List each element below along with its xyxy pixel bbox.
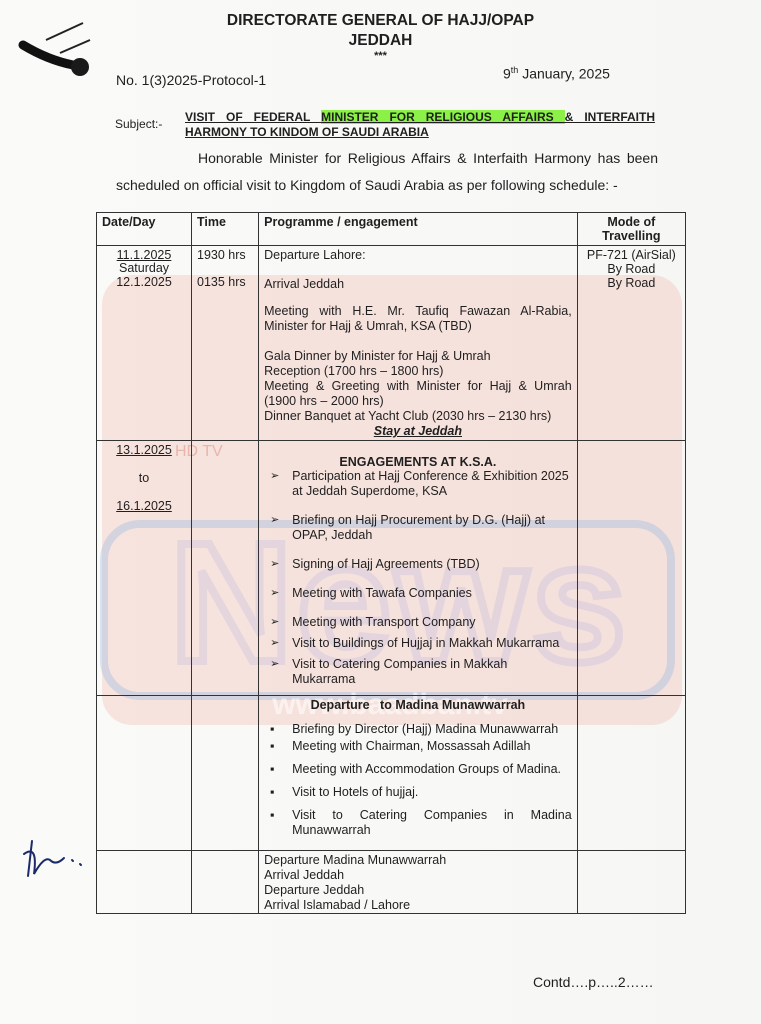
programme-item: Gala Dinner by Minister for Hajj & Umrah xyxy=(264,349,572,364)
row1-date-cell: 11.1.2025 Saturday 12.1.2025 xyxy=(97,246,192,441)
list-item-text: Meeting with Transport Company xyxy=(292,615,475,629)
mode-flight: PF-721 (AirSial) xyxy=(583,248,680,262)
subject-line-2: HARMONY TO KINDOM OF SAUDI ARABIA xyxy=(185,125,429,139)
row1-time-arrival: 0135 hrs xyxy=(197,275,253,289)
list-item: ▪Visit to Catering Companies in Madina M… xyxy=(264,808,572,838)
date-month-year: January, 2025 xyxy=(518,66,610,82)
row1-date-next: 12.1.2025 xyxy=(102,275,186,289)
table-header-row: Date/Day Time Programme / engagement Mod… xyxy=(97,213,686,246)
list-item-text: Visit to Buildings of Hujjaj in Makkah M… xyxy=(292,636,559,650)
return-item: Arrival Jeddah xyxy=(264,868,572,883)
list-item-text: Briefing by Director (Hajj) Madina Munaw… xyxy=(292,722,558,736)
document-page: News www.baadban.tv HD TV DIRECTORATE GE… xyxy=(0,0,761,1024)
organization-title: DIRECTORATE GENERAL OF HAJJ/OPAP xyxy=(0,12,761,30)
row3-date-cell xyxy=(97,696,192,851)
programme-item: Meeting with H.E. Mr. Taufiq Fawazan Al-… xyxy=(264,304,572,334)
row2-date-from: 13.1.2025 xyxy=(102,443,186,457)
list-item: ➢Participation at Hajj Conference & Exhi… xyxy=(264,469,572,499)
organization-city: JEDDAH xyxy=(0,32,761,50)
reference-number: No. 1(3)2025-Protocol-1 xyxy=(116,72,266,88)
programme-item: Reception (1700 hrs – 1800 hrs) xyxy=(264,364,572,379)
programme-item: Dinner Banquet at Yacht Club (2030 hrs –… xyxy=(264,409,572,424)
list-item: ▪Meeting with Accommodation Groups of Ma… xyxy=(264,762,572,777)
arrow-bullet-icon: ➢ xyxy=(270,615,279,630)
subject-label: Subject:- xyxy=(115,117,162,131)
engagements-list: ➢Participation at Hajj Conference & Exhi… xyxy=(264,469,572,687)
arrow-bullet-icon: ➢ xyxy=(270,469,279,484)
row1-date-start: 11.1.2025 xyxy=(102,248,186,262)
row2-time-cell xyxy=(192,441,259,696)
column-header-date: Date/Day xyxy=(97,213,192,246)
list-item: ➢Meeting with Tawafa Companies xyxy=(264,586,572,601)
square-bullet-icon: ▪ xyxy=(270,785,274,800)
schedule-table: Date/Day Time Programme / engagement Mod… xyxy=(96,212,686,914)
list-item: ▪Visit to Hotels of hujjaj. xyxy=(264,785,572,800)
arrow-bullet-icon: ➢ xyxy=(270,586,279,601)
list-item-text: Meeting with Accommodation Groups of Mad… xyxy=(292,762,561,776)
programme-item: Departure Lahore: xyxy=(264,248,572,263)
row3-mode-cell xyxy=(577,696,685,851)
list-item: ➢Visit to Catering Companies in Makkah M… xyxy=(264,657,572,687)
subject-line-1: VISIT OF FEDERAL MINISTER FOR RELIGIOUS … xyxy=(185,110,655,125)
list-item-text: Briefing on Hajj Procurement by D.G. (Ha… xyxy=(292,513,545,542)
row1-programme-cell: Departure Lahore: Arrival Jeddah Meeting… xyxy=(259,246,578,441)
arrow-bullet-icon: ➢ xyxy=(270,513,279,528)
list-item-text: Participation at Hajj Conference & Exhib… xyxy=(292,469,569,498)
stay-note: Stay at Jeddah xyxy=(264,424,572,438)
row2-date-to: 16.1.2025 xyxy=(102,499,186,513)
list-item: ▪Briefing by Director (Hajj) Madina Muna… xyxy=(264,722,572,737)
list-item-text: Signing of Hajj Agreements (TBD) xyxy=(292,557,480,571)
row3-programme-cell: Departure to Madina Munawwarrah ▪Briefin… xyxy=(259,696,578,851)
row1-mode-cell: PF-721 (AirSial) By Road By Road xyxy=(577,246,685,441)
table-row: Departure Madina Munawwarrah Arrival Jed… xyxy=(97,851,686,914)
row2-date-cell: 13.1.2025 to 16.1.2025 xyxy=(97,441,192,696)
row2-programme-cell: ENGAGEMENTS AT K.S.A. ➢Participation at … xyxy=(259,441,578,696)
subject-suffix: & INTERFAITH xyxy=(565,110,655,124)
date-day: 9 xyxy=(503,66,511,82)
column-header-time: Time xyxy=(192,213,259,246)
mode-road: By Road xyxy=(583,262,680,276)
madina-list: ▪Briefing by Director (Hajj) Madina Muna… xyxy=(264,722,572,838)
row1-time-departure: 1930 hrs xyxy=(197,248,253,262)
row4-time-cell xyxy=(192,851,259,914)
arrow-bullet-icon: ➢ xyxy=(270,557,279,572)
mode-road: By Road xyxy=(583,276,680,290)
document-date: 9th January, 2025 xyxy=(503,65,610,82)
table-row: 11.1.2025 Saturday 12.1.2025 1930 hrs 01… xyxy=(97,246,686,441)
list-item: ➢Signing of Hajj Agreements (TBD) xyxy=(264,557,572,572)
table-row: 13.1.2025 to 16.1.2025 ENGAGEMENTS AT K.… xyxy=(97,441,686,696)
header-separator: *** xyxy=(0,50,761,62)
madina-heading: Departure to Madina Munawwarrah xyxy=(264,698,572,712)
square-bullet-icon: ▪ xyxy=(270,808,274,823)
row2-mode-cell xyxy=(577,441,685,696)
arrow-bullet-icon: ➢ xyxy=(270,636,279,651)
continued-note: Contd….p…..2…… xyxy=(533,974,654,990)
list-item: ➢Meeting with Transport Company xyxy=(264,615,572,630)
subject-highlight: MINISTER FOR RELIGIOUS AFFAIRS xyxy=(321,110,565,124)
return-item: Departure Jeddah xyxy=(264,883,572,898)
row4-date-cell xyxy=(97,851,192,914)
list-item-text: Meeting with Chairman, Mossassah Adillah xyxy=(292,739,530,753)
programme-item: Arrival Jeddah xyxy=(264,277,572,292)
list-item-text: Visit to Hotels of hujjaj. xyxy=(292,785,418,799)
row3-time-cell xyxy=(192,696,259,851)
list-item: ➢Briefing on Hajj Procurement by D.G. (H… xyxy=(264,513,572,543)
row4-programme-cell: Departure Madina Munawwarrah Arrival Jed… xyxy=(259,851,578,914)
square-bullet-icon: ▪ xyxy=(270,722,274,737)
intro-line-2: scheduled on official visit to Kingdom o… xyxy=(116,177,618,193)
list-item: ➢Visit to Buildings of Hujjaj in Makkah … xyxy=(264,636,572,651)
return-item: Departure Madina Munawwarrah xyxy=(264,853,572,868)
table-row: Departure to Madina Munawwarrah ▪Briefin… xyxy=(97,696,686,851)
row4-mode-cell xyxy=(577,851,685,914)
row2-date-to-label: to xyxy=(102,471,186,485)
row1-day: Saturday xyxy=(102,262,186,275)
list-item-text: Visit to Catering Companies in Madina Mu… xyxy=(292,808,572,837)
list-item-text: Meeting with Tawafa Companies xyxy=(292,586,472,600)
column-header-mode: Mode of Travelling xyxy=(577,213,685,246)
programme-item: Meeting & Greeting with Minister for Haj… xyxy=(264,379,572,409)
subject-prefix: VISIT OF FEDERAL xyxy=(185,110,321,124)
list-item-text: Visit to Catering Companies in Makkah Mu… xyxy=(292,657,507,686)
signature-icon xyxy=(20,836,90,881)
intro-line-1: Honorable Minister for Religious Affairs… xyxy=(198,150,658,166)
column-header-programme: Programme / engagement xyxy=(259,213,578,246)
return-item: Arrival Islamabad / Lahore xyxy=(264,898,572,913)
list-item: ▪Meeting with Chairman, Mossassah Adilla… xyxy=(264,739,572,754)
square-bullet-icon: ▪ xyxy=(270,739,274,754)
arrow-bullet-icon: ➢ xyxy=(270,657,279,672)
row1-time-cell: 1930 hrs 0135 hrs xyxy=(192,246,259,441)
square-bullet-icon: ▪ xyxy=(270,762,274,777)
engagements-heading: ENGAGEMENTS AT K.S.A. xyxy=(264,455,572,469)
